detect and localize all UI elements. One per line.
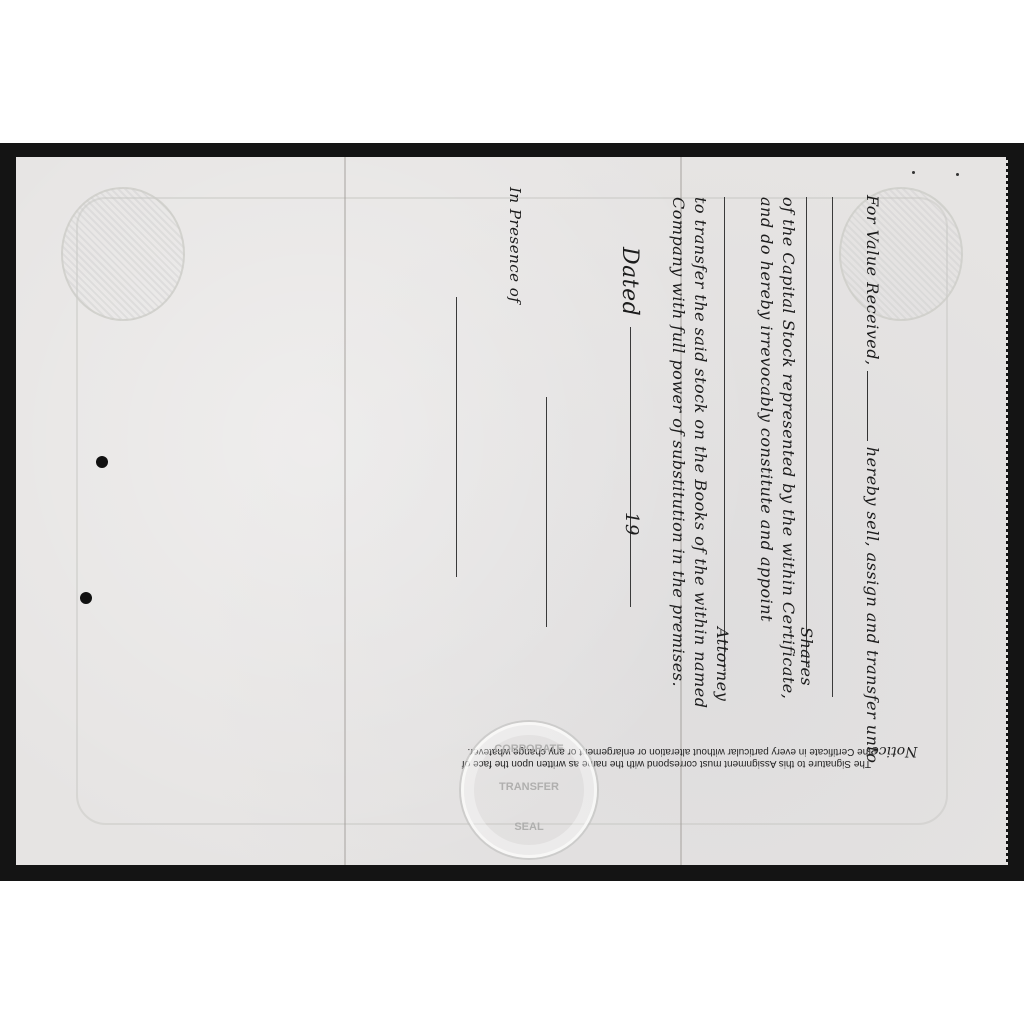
embossed-corporate-seal: CORPORATE TRANSFER SEAL: [461, 722, 597, 858]
assignment-line-1: For Value Received, hereby sell, assign …: [863, 195, 882, 763]
witness-signature-line[interactable]: [456, 297, 457, 577]
sell-assign-transfer-text: hereby sell, assign and transfer unto: [863, 447, 882, 764]
assignment-line-6: to transfer the said stock on the Books …: [691, 197, 710, 708]
fold-line-left: [344, 157, 346, 865]
punch-hole-bottom: [80, 592, 92, 604]
guilloche-rosette-right: [839, 187, 963, 321]
shares-label: Shares: [797, 627, 816, 686]
pin-hole: [912, 171, 915, 174]
assignment-line-4: and do hereby irrevocably constitute and…: [757, 197, 776, 622]
attorney-label: Attorney: [713, 627, 732, 701]
in-presence-of-label: In Presence of: [506, 187, 524, 303]
year-prefix: 19: [621, 512, 642, 536]
punch-hole-top: [96, 456, 108, 468]
date-line[interactable]: [630, 327, 631, 607]
notice-title: Notice.: [866, 743, 917, 759]
assignment-line-7: Company with full power of substitution …: [669, 197, 688, 687]
for-value-received-text: For Value Received,: [863, 195, 882, 366]
dated-label: Dated: [617, 247, 642, 316]
shares-count-line[interactable]: [806, 197, 807, 667]
assignee-name-line[interactable]: [832, 197, 833, 697]
guilloche-rosette-left: [61, 187, 185, 321]
assignment-line-3: of the Capital Stock represented by the …: [779, 197, 798, 699]
attorney-name-line[interactable]: [724, 197, 725, 667]
pin-hole: [956, 173, 959, 176]
signature-line[interactable]: [546, 397, 547, 627]
certificate-back-page: For Value Received, hereby sell, assign …: [16, 157, 1008, 865]
